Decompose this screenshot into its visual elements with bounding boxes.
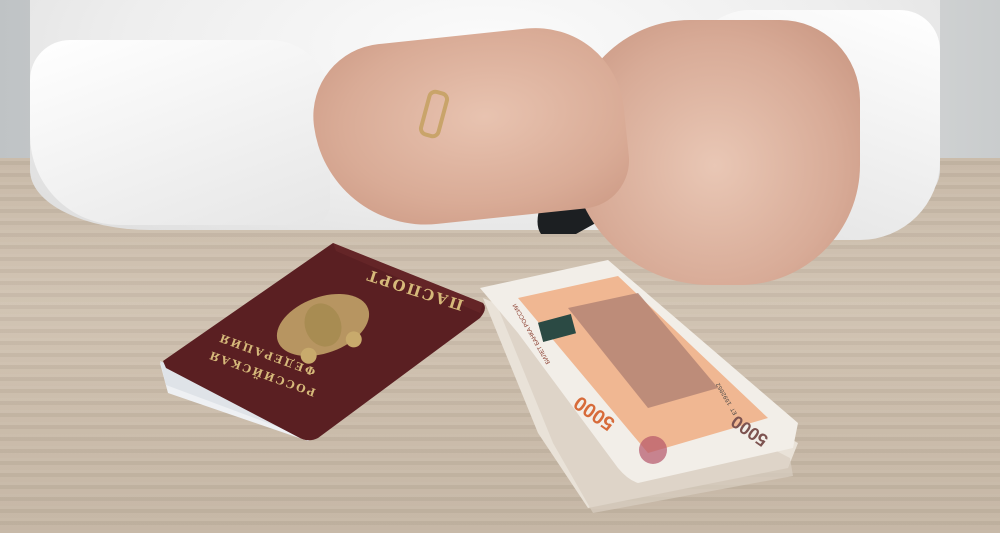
photo-scene: ПАСПОРТ РОССИЙСКАЯ ФЕДЕРАЦИЯ 5000 5000 Б… <box>0 0 1000 533</box>
left-sleeve <box>30 40 330 225</box>
banknote-stack: 5000 5000 БИЛЕТ БАНКА РОССИИ ЕТ 1592052 <box>478 258 808 518</box>
passport: ПАСПОРТ РОССИЙСКАЯ ФЕДЕРАЦИЯ <box>158 243 488 443</box>
